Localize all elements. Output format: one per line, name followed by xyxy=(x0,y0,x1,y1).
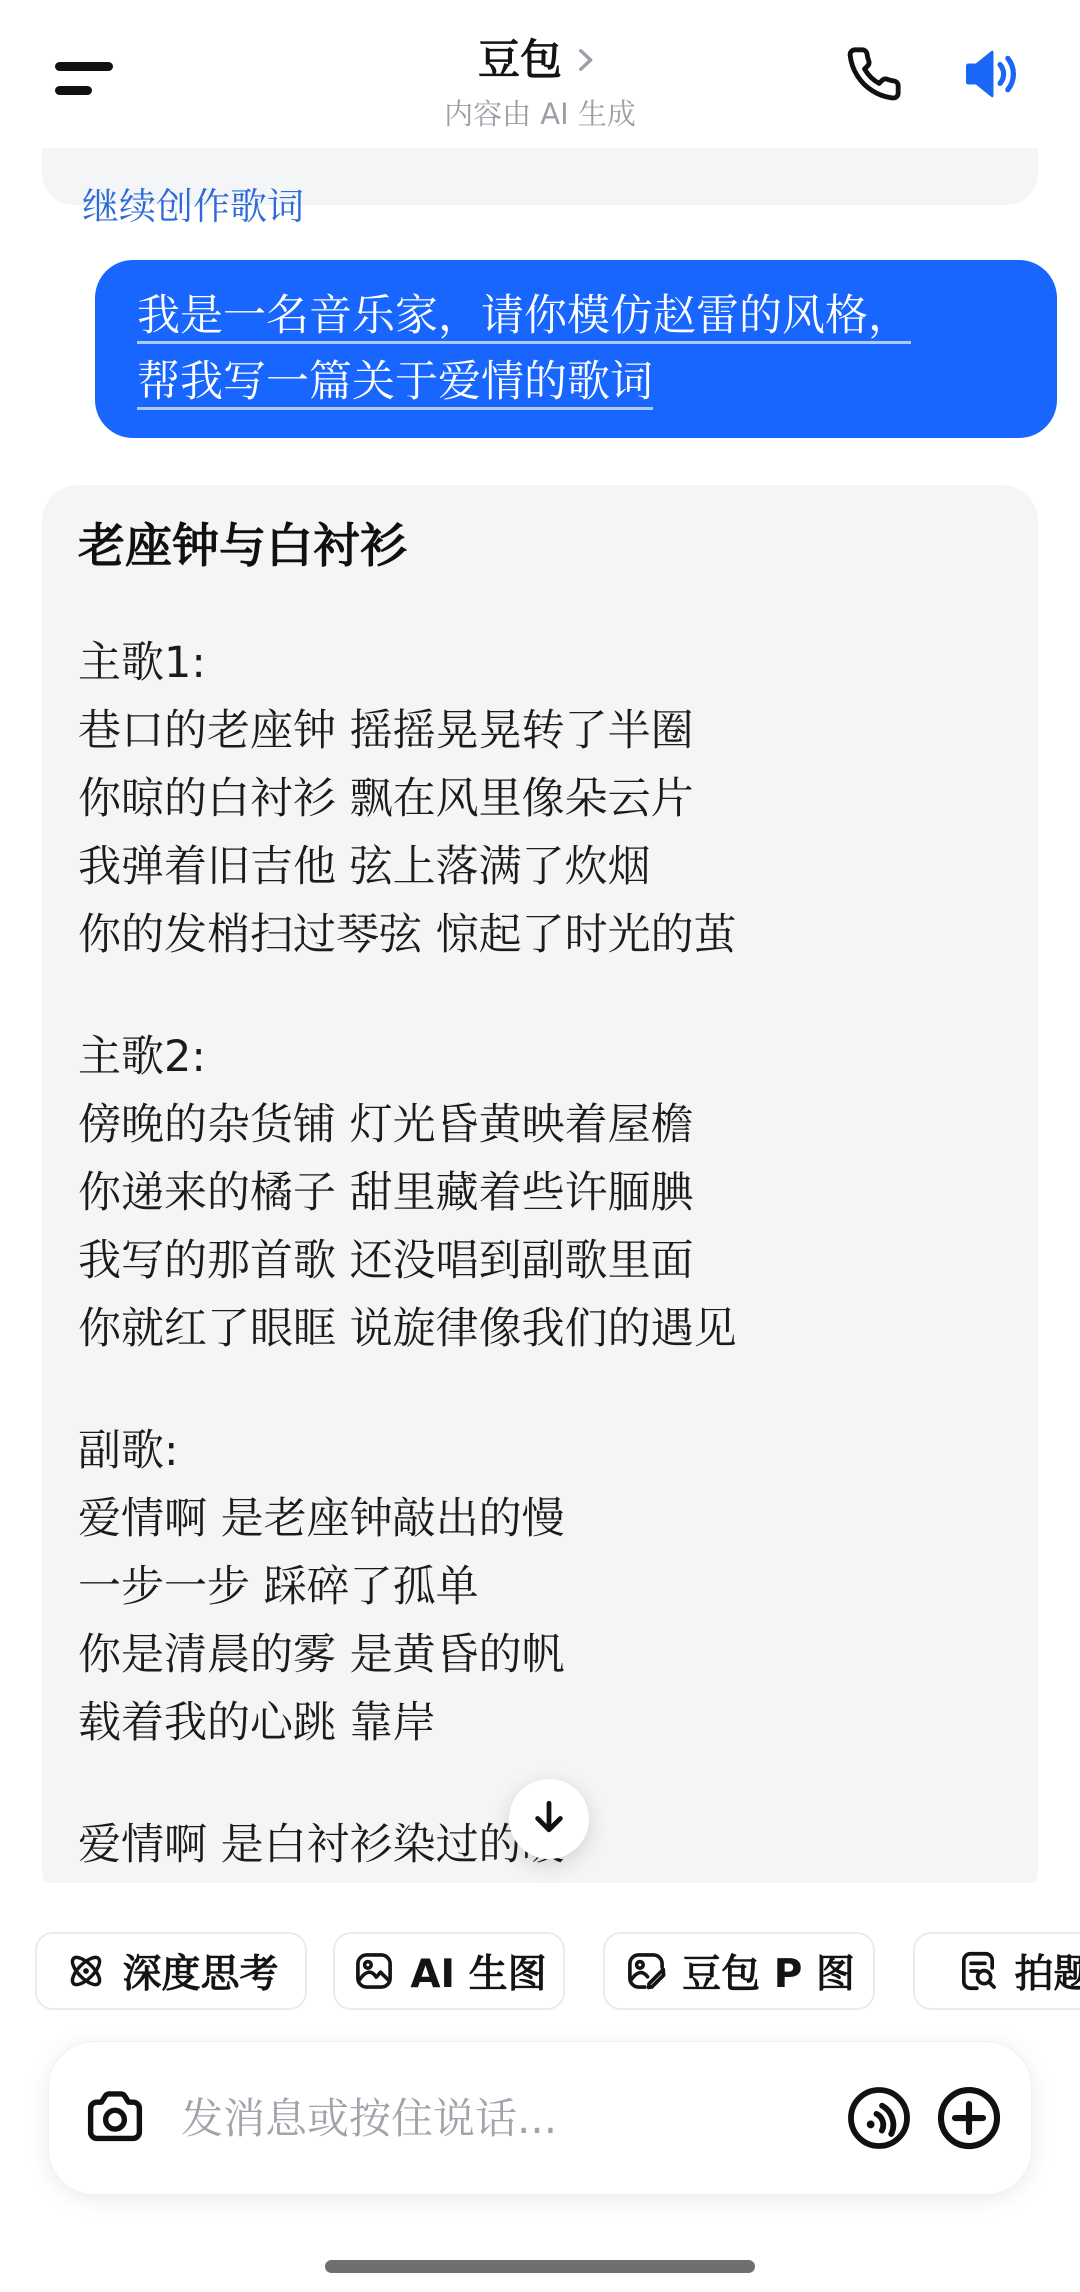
lyric-line: 载着我的心跳 靠岸 xyxy=(78,1689,1004,1757)
ai-image-icon xyxy=(351,1948,397,1994)
lyric-line: 我弹着旧吉他 弦上落满了炊烟 xyxy=(78,833,1004,901)
user-message-line: 帮我写一篇关于爱情的歌词 xyxy=(137,349,1015,415)
voice-call-button[interactable] xyxy=(842,44,906,108)
song-title: 老座钟与白衬衫 xyxy=(78,517,1004,577)
read-aloud-button[interactable] xyxy=(956,44,1020,108)
bottom-panel: 深度思考 AI 生图 豆包 P 图 xyxy=(0,1883,1080,2292)
clipped-suggestion-text[interactable]: 继续创作歌词 xyxy=(82,176,304,230)
ai-message-card[interactable]: 老座钟与白衬衫 主歌1: 巷口的老座钟 摇摇晃晃转了半圈 你晾的白衬衫 飘在风里… xyxy=(42,485,1038,1905)
app-header: 豆包 内容由 AI 生成 xyxy=(0,0,1080,148)
stanza-verse2: 主歌2: 傍晚的杂货铺 灯光昏黄映着屋檐 你递来的橘子 甜里藏着些许腼腆 我写的… xyxy=(78,1023,1004,1363)
lyric-line: 你晾的白衬衫 飘在风里像朵云片 xyxy=(78,765,1004,833)
lyric-line: 你是清晨的雾 是黄昏的帆 xyxy=(78,1621,1004,1689)
chip-ai-image[interactable]: AI 生图 xyxy=(333,1932,565,2010)
lyric-line: 主歌1: xyxy=(78,629,1004,697)
lyric-line: 爱情啊 是老座钟敲出的慢 xyxy=(78,1485,1004,1553)
stanza-chorus: 副歌: 爱情啊 是老座钟敲出的慢 一步一步 踩碎了孤单 你是清晨的雾 是黄昏的帆… xyxy=(78,1417,1004,1757)
chevron-right-icon xyxy=(568,43,602,77)
lyric-line: 你就红了眼眶 说旋律像我们的遇见 xyxy=(78,1295,1004,1363)
chip-deep-think[interactable]: 深度思考 xyxy=(35,1932,307,2010)
chip-doubao-p-image[interactable]: 豆包 P 图 xyxy=(603,1932,875,2010)
message-input-bar[interactable] xyxy=(48,2041,1032,2195)
chip-label: 拍题答疑 xyxy=(1014,1943,1080,1999)
camera-icon[interactable] xyxy=(79,2082,151,2154)
lyric-line: 你递来的橘子 甜里藏着些许腼腆 xyxy=(78,1159,1004,1227)
user-message-bubble[interactable]: 我是一名音乐家，请你模仿赵雷的风格， 帮我写一篇关于爱情的歌词 xyxy=(95,260,1057,438)
chip-label: 深度思考 xyxy=(122,1943,278,1999)
lyric-line: 我写的那首歌 还没唱到副歌里面 xyxy=(78,1227,1004,1295)
arrow-down-icon xyxy=(527,1795,571,1843)
phone-icon xyxy=(845,45,903,107)
user-message-line: 我是一名音乐家，请你模仿赵雷的风格， xyxy=(137,283,1015,349)
message-input[interactable] xyxy=(179,2093,843,2144)
scroll-to-bottom-button[interactable] xyxy=(509,1779,589,1859)
voice-wave-icon[interactable] xyxy=(843,2082,915,2154)
lyric-line: 你的发梢扫过琴弦 惊起了时光的茧 xyxy=(78,901,1004,969)
chip-label: AI 生图 xyxy=(410,1943,546,1999)
bot-title-button[interactable]: 豆包 xyxy=(0,30,1080,90)
stanza-verse1: 主歌1: 巷口的老座钟 摇摇晃晃转了半圈 你晾的白衬衫 飘在风里像朵云片 我弹着… xyxy=(78,629,1004,969)
home-indicator[interactable] xyxy=(325,2260,755,2273)
lyric-line: 巷口的老座钟 摇摇晃晃转了半圈 xyxy=(78,697,1004,765)
lyric-line: 副歌: xyxy=(78,1417,1004,1485)
chip-label: 豆包 P 图 xyxy=(682,1943,855,1999)
ai-disclaimer-text: 内容由 AI 生成 xyxy=(0,92,1080,133)
lyric-line: 主歌2: xyxy=(78,1023,1004,1091)
plus-icon[interactable] xyxy=(933,2082,1005,2154)
lyric-line: 一步一步 踩碎了孤单 xyxy=(78,1553,1004,1621)
photo-edit-icon xyxy=(623,1948,669,1994)
page-title: 豆包 xyxy=(478,30,562,90)
speaker-icon xyxy=(955,41,1021,111)
deep-think-icon xyxy=(63,1948,109,1994)
chip-photo-solve[interactable]: 拍题答疑 xyxy=(913,1932,1080,2010)
lyric-line: 傍晚的杂货铺 灯光昏黄映着屋檐 xyxy=(78,1091,1004,1159)
photo-solve-icon xyxy=(955,1948,1001,1994)
